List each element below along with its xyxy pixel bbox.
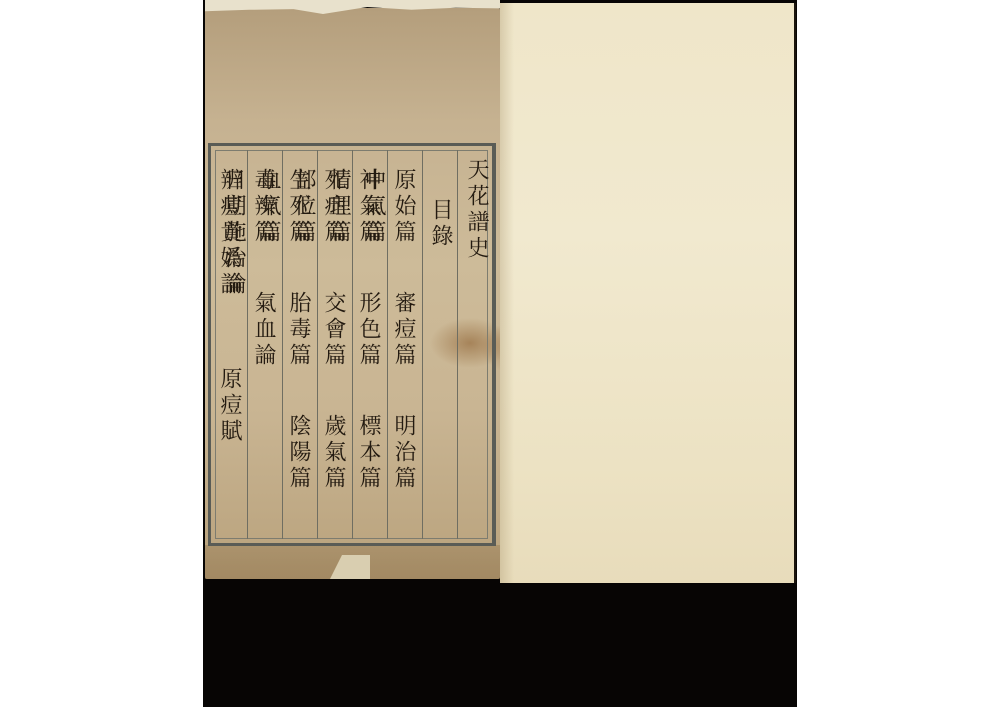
printed-border-frame: 天花譜史 目錄 原始篇 審痘篇 明治篇 中氣篇 神氣篇 形色篇 標本篇 情理篇 … <box>208 143 496 546</box>
column-rule <box>457 150 458 539</box>
toc-entry: 辨痘貴嬀論 <box>214 168 244 298</box>
toc-entry: 審痘篇 <box>388 291 418 369</box>
column-rule <box>422 150 423 539</box>
toc-entry: 原始篇 <box>388 168 418 246</box>
toc-column-2: 神氣篇 形色篇 標本篇 情理篇 <box>353 168 383 543</box>
toc-column-5: 毒辨篇 氣血論 日期施治論 <box>248 168 278 543</box>
toc-entry: 死症篇 <box>318 168 348 246</box>
toc-entry: 陰陽篇 <box>283 414 313 492</box>
book-title: 天花譜史 <box>461 158 491 262</box>
toc-column-6: 辨痘貴嬀論 原痘賦 <box>214 168 244 461</box>
toc-column-3: 死症篇 交會篇 歲氣篇 部位篇 <box>318 168 348 543</box>
toc-entry: 歲氣篇 <box>318 414 348 492</box>
toc-entry: 形色篇 <box>353 291 383 369</box>
toc-entry: 明治篇 <box>388 414 418 492</box>
toc-entry: 生死篇 <box>283 168 313 246</box>
toc-column-1: 原始篇 審痘篇 明治篇 中氣篇 <box>388 168 418 543</box>
toc-entry: 胎毒篇 <box>283 291 313 369</box>
toc-heading: 目錄 <box>425 198 455 250</box>
toc-entry: 氣血論 <box>248 291 278 369</box>
toc-entry: 原痘賦 <box>214 367 244 445</box>
toc-entry: 神氣篇 <box>353 168 383 246</box>
toc-entry: 毒辨篇 <box>248 168 278 246</box>
toc-column-4: 生死篇 胎毒篇 陰陽篇 血氣篇 <box>283 168 313 543</box>
toc-entry: 交會篇 <box>318 291 348 369</box>
right-page-blank <box>500 3 796 583</box>
toc-entry: 標本篇 <box>353 414 383 492</box>
